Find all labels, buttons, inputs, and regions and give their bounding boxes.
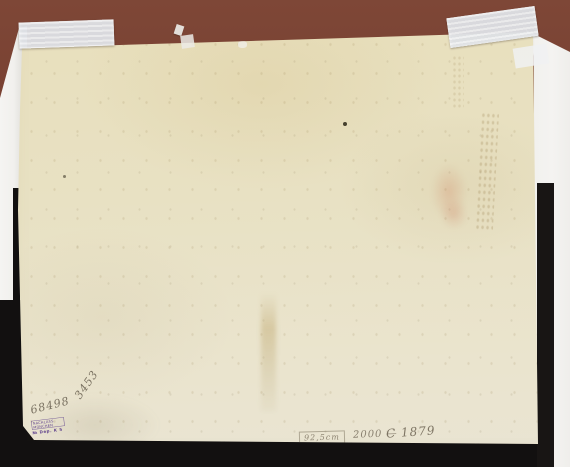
paper-fleck (238, 41, 247, 48)
artwork-paper-verso: 68498 3453 NACHLASS MÜNCHEN № Dep. K 5 9… (0, 0, 570, 467)
foxing-spots (452, 55, 464, 110)
pinhole-dot (343, 122, 347, 126)
reddish-stain (440, 198, 468, 230)
speck-dot (63, 175, 66, 178)
masking-tape-top-left (19, 19, 115, 48)
black-mount-bottom-band (0, 441, 554, 467)
vertical-stain-streak (261, 293, 276, 411)
artwork-verso-photo: 68498 3453 NACHLASS MÜNCHEN № Dep. K 5 9… (0, 0, 570, 467)
black-mount-right-strip (537, 183, 554, 467)
tape-fragment (180, 34, 195, 49)
